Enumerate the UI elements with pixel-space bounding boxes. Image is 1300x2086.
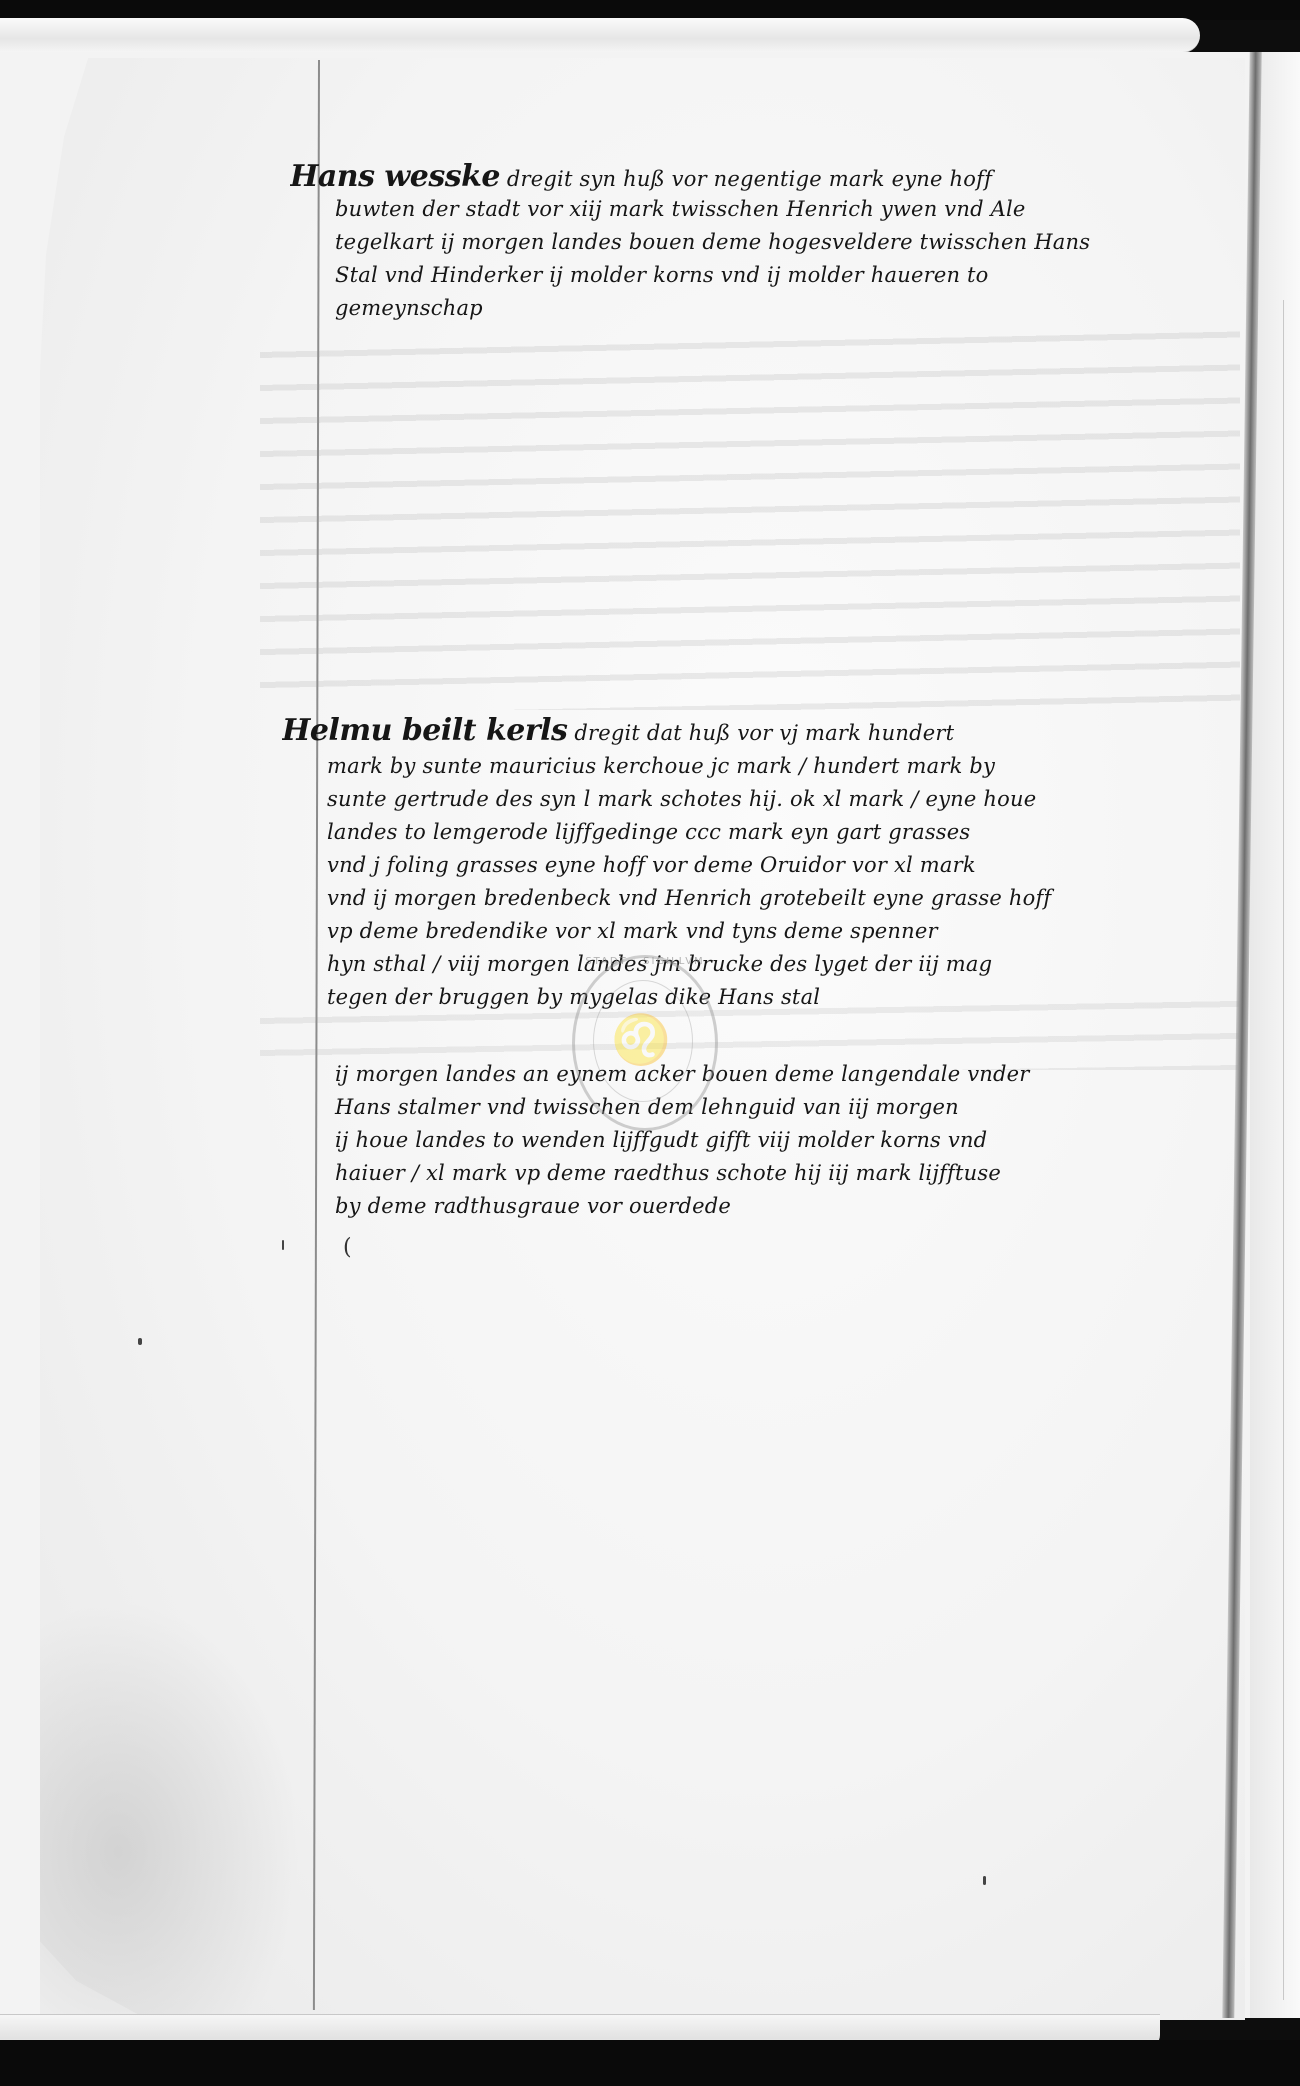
entry-helmu-beilt-kerls: Helmu beilt kerls dregit dat huß vor vj … — [282, 712, 1232, 1014]
entry-line: landes to lemgerode lijffgedinge ccc mar… — [282, 816, 1232, 849]
entry-line: vp deme bredendike vor xl mark vnd tyns … — [282, 915, 1232, 948]
entry-line: vnd ij morgen bredenbeck vnd Henrich gro… — [282, 882, 1232, 915]
entry-line: ij houe landes to wenden lijffgudt gifft… — [290, 1124, 1240, 1157]
entry-line: Hans wesske dregit syn huß vor negentige… — [290, 160, 1240, 193]
bracket-mark: ( — [343, 1235, 352, 1260]
entry-line: tegen der bruggen by mygelas dike Hans s… — [282, 981, 1232, 1014]
entry-line: gemeynschap — [290, 292, 1240, 325]
ink-speck — [983, 1876, 986, 1885]
entry-hans-wesske: Hans wesske dregit syn huß vor negentige… — [290, 160, 1240, 325]
lion-icon: ♌ — [611, 1010, 671, 1070]
ink-speck — [138, 1338, 142, 1345]
scan-background-top — [0, 0, 1300, 20]
bleed-through-text — [260, 330, 1240, 710]
entry-line: haiuer / xl mark vp deme raedthus schote… — [290, 1157, 1240, 1190]
entry-name: Hans wesske — [290, 160, 500, 193]
entry-line: Hans stalmer vnd twisschen dem lehnguid … — [290, 1091, 1240, 1124]
entry-line: buwten der stadt vor xiij mark twisschen… — [290, 193, 1240, 226]
entry-name: Helmu beilt kerls — [282, 713, 567, 748]
entry-line: mark by sunte mauricius kerchoue jc mark… — [282, 750, 1232, 783]
entry-line: by deme radthusgraue vor ouerdede — [290, 1190, 1240, 1223]
archive-stamp: STADT · SIGILLVM ♌ — [572, 955, 718, 1131]
ink-speck — [282, 1240, 284, 1250]
scan-background-bottom — [0, 2040, 1300, 2086]
entry-line: hyn sthal / viij morgen landes jm brucke… — [282, 948, 1232, 981]
entry-line: Stal vnd Hinderker ij molder korns vnd i… — [290, 259, 1240, 292]
entry-additional-lands: ij morgen landes an eynem acker bouen de… — [290, 1058, 1240, 1223]
book-edge-top — [0, 18, 1200, 53]
entry-line: Helmu beilt kerls dregit dat huß vor vj … — [282, 712, 1232, 750]
entry-line: sunte gertrude des syn l mark schotes hi… — [282, 783, 1232, 816]
entry-line: vnd j foling grasses eyne hoff vor deme … — [282, 849, 1232, 882]
entry-line: tegelkart ij morgen landes bouen deme ho… — [290, 226, 1240, 259]
stamp-legend: STADT · SIGILLVM — [575, 956, 715, 967]
entry-line: ij morgen landes an eynem acker bouen de… — [290, 1058, 1240, 1091]
adjacent-page-rule — [1283, 300, 1284, 2000]
page-stain — [40, 1600, 300, 2020]
